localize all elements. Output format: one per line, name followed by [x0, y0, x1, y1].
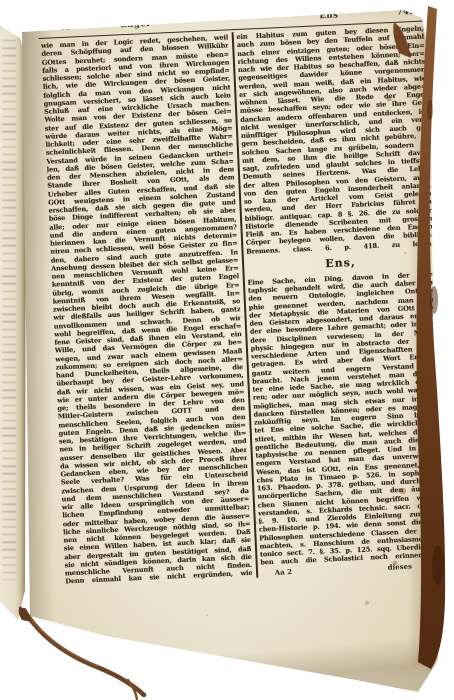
page-number-right: 742: [396, 7, 416, 18]
text-columns: wie man in der Logic redet, geschehen, w…: [39, 23, 451, 586]
engel-article-continuation: ein Habitus zum guten bey diesen Engeln,…: [236, 25, 433, 256]
foxing-spots: [6, 2, 8, 4]
ens-article: Eine Sache, ein Ding, davon in der Me=ta…: [247, 270, 447, 567]
previous-page-edge: [0, 26, 26, 626]
page-number-left: 741: [52, 22, 72, 33]
page-content: 741 Engel Ens 742 wie man in der Logic r…: [38, 6, 451, 586]
binding-cord-frayed-tip: [128, 680, 137, 699]
book-page: 741 Engel Ens 742 wie man in der Logic r…: [6, 2, 444, 698]
catchword: dieses: [387, 561, 412, 571]
left-column: wie man in der Logic redet, geschehen, w…: [39, 32, 256, 586]
book-photograph: 741 Engel Ens 742 wie man in der Logic r…: [0, 0, 454, 700]
previous-page-text-blur: [2, 40, 16, 580]
right-column: ein Habitus zum guten bey diesen Engeln,…: [234, 23, 451, 577]
signature-mark: Aa 2: [275, 567, 293, 577]
running-title-right: Ens: [319, 10, 338, 21]
page-bottom-edge-shadow: [36, 602, 436, 692]
running-title-left: Engel: [120, 19, 150, 30]
